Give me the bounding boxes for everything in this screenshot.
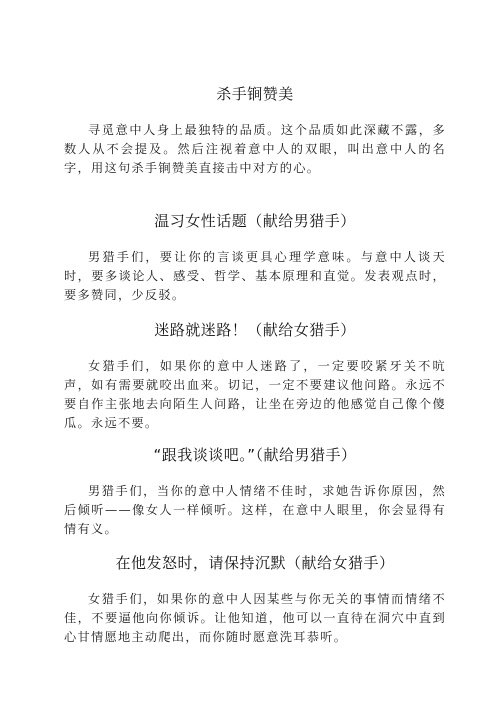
section-title: “跟我谈谈吧。”（献给男猎手） (64, 445, 446, 465)
section-title: 在他发怒时，请保持沉默（献给女猎手） (64, 553, 446, 573)
document-page: 杀手锏赞美 寻觅意中人身上最独特的品质。这个品质如此深藏不露，多数人从不会提及。… (0, 0, 500, 701)
section-female-topics: 温习女性话题（献给男猎手） 男猎手们，要让你的言谈更具心理学意味。与意中人谈天时… (64, 211, 446, 305)
section-killer-compliment: 杀手锏赞美 寻觅意中人身上最独特的品质。这个品质如此深藏不露，多数人从不会提及。… (64, 84, 446, 178)
section-body: 女猎手们，如果你的意中人因某些与你无关的事情而情绪不佳，不要逼他向你倾诉。让他知… (64, 590, 446, 647)
section-title: 杀手锏赞美 (64, 84, 446, 104)
section-stay-silent: 在他发怒时，请保持沉默（献给女猎手） 女猎手们，如果你的意中人因某些与你无关的事… (64, 553, 446, 647)
section-body: 寻觅意中人身上最独特的品质。这个品质如此深藏不露，多数人从不会提及。然后注视着意… (64, 121, 446, 178)
section-body: 男猎手们，当你的意中人情绪不佳时，求她告诉你原因，然后倾听——像女人一样倾听。这… (64, 482, 446, 539)
section-title: 迷路就迷路！（献给女猎手） (64, 320, 446, 340)
section-getting-lost: 迷路就迷路！（献给女猎手） 女猎手们，如果你的意中人迷路了，一定要咬紧牙关不吭声… (64, 320, 446, 433)
section-title: 温习女性话题（献给男猎手） (64, 211, 446, 231)
section-body: 女猎手们，如果你的意中人迷路了，一定要咬紧牙关不吭声，如有需要就咬出血来。切记，… (64, 357, 446, 433)
section-talk-to-me: “跟我谈谈吧。”（献给男猎手） 男猎手们，当你的意中人情绪不佳时，求她告诉你原因… (64, 445, 446, 539)
section-body: 男猎手们，要让你的言谈更具心理学意味。与意中人谈天时，要多谈论人、感受、哲学、基… (64, 248, 446, 305)
